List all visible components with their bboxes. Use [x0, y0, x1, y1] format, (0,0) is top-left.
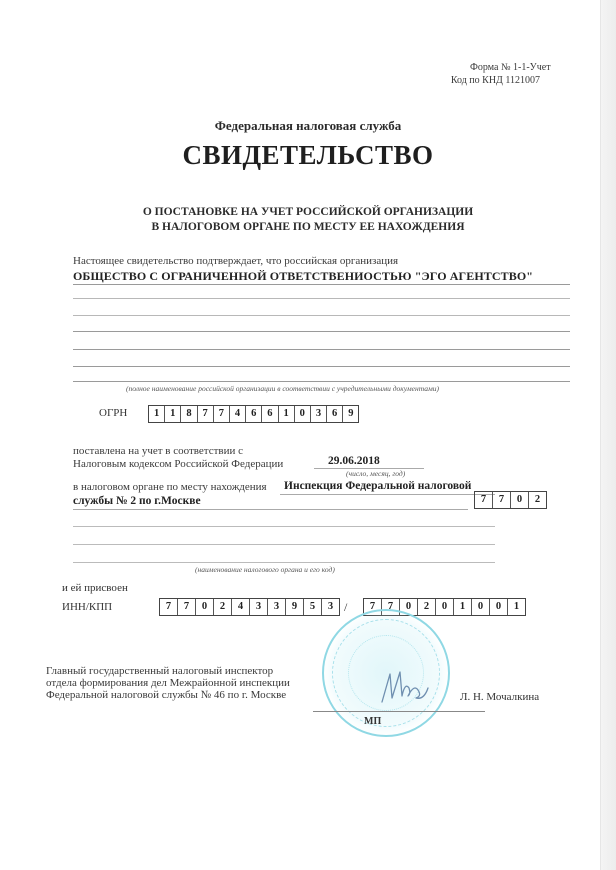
ogrn-digit: 1 — [165, 406, 181, 422]
registration-date: 29.06.2018 — [328, 455, 380, 467]
ogrn-digit: 6 — [262, 406, 278, 422]
ogrn-digit-cells: 1187746610369 — [148, 405, 359, 423]
issuer-name: Федеральная налоговая служба — [0, 118, 616, 134]
ogrn-digit: 7 — [214, 406, 230, 422]
organization-name-rule — [73, 315, 570, 316]
organization-name-rule — [73, 349, 570, 350]
organization-name-rule — [73, 298, 570, 299]
organization-name-rule — [73, 366, 570, 367]
tax-authority-rule — [73, 562, 495, 563]
organization-name-rule — [73, 381, 570, 382]
ogrn-digit: 1 — [149, 406, 165, 422]
ogrn-digit: 8 — [181, 406, 197, 422]
organization-name-caption: (полное наименование российской организа… — [126, 384, 439, 393]
tax-authority-intro: в налоговом органе по месту нахождения — [73, 481, 267, 493]
inn-kpp-label: ИНН/КПП — [62, 601, 112, 613]
tax-authority-code-digit: 2 — [529, 492, 546, 508]
ogrn-digit: 6 — [327, 406, 343, 422]
knd-code: Код по КНД 1121007 — [440, 75, 540, 86]
kpp-digit: 1 — [454, 599, 472, 615]
ogrn-label: ОГРН — [99, 407, 127, 419]
kpp-digit: 0 — [436, 599, 454, 615]
tax-authority-rule — [73, 526, 495, 527]
tax-authority-caption: (наименование налогового органа и его ко… — [195, 565, 335, 574]
inn-digit: 5 — [304, 599, 322, 615]
tax-authority-rule — [73, 544, 495, 545]
tax-authority-code-digit: 7 — [493, 492, 511, 508]
organization-name-rule — [73, 331, 570, 332]
organization-name-rule — [73, 284, 570, 285]
document-subtitle-line-1: О ПОСТАНОВКЕ НА УЧЕТ РОССИЙСКОЙ ОРГАНИЗА… — [0, 206, 616, 218]
ogrn-digit: 4 — [230, 406, 246, 422]
signatory-position-line-3: Федеральной налоговой службы № 46 по г. … — [46, 689, 286, 701]
tax-authority-code-digit: 7 — [475, 492, 493, 508]
kpp-digit: 0 — [490, 599, 508, 615]
kpp-digit: 0 — [472, 599, 490, 615]
tax-authority-code-cells: 7702 — [474, 491, 547, 509]
signatory-position-line-2: отдела формирования дел Межрайонной инсп… — [46, 677, 290, 689]
inn-digit: 3 — [268, 599, 286, 615]
inn-digit: 7 — [160, 599, 178, 615]
kpp-digit: 2 — [418, 599, 436, 615]
assignment-intro: и ей присвоен — [62, 582, 128, 594]
signatory-name: Л. Н. Мочалкина — [460, 691, 539, 703]
inn-digit: 3 — [322, 599, 339, 615]
registration-text-line-1: поставлена на учет в соответствии с — [73, 445, 243, 457]
ogrn-digit: 6 — [246, 406, 262, 422]
organization-intro: Настоящее свидетельство подтверждает, чт… — [73, 255, 398, 267]
ogrn-digit: 1 — [279, 406, 295, 422]
registration-text-line-2: Налоговым кодексом Российской Федерации — [73, 458, 283, 470]
kpp-digit: 1 — [508, 599, 525, 615]
ogrn-digit: 9 — [343, 406, 358, 422]
document-title: СВИДЕТЕЛЬСТВО — [0, 140, 616, 171]
ogrn-digit: 3 — [311, 406, 327, 422]
date-caption: (число, месяц, год) — [346, 469, 405, 478]
inn-digit: 9 — [286, 599, 304, 615]
inn-digit: 3 — [250, 599, 268, 615]
tax-authority-name-line-1: Инспекция Федеральной налоговой — [284, 480, 471, 492]
seal-place-label: МП — [364, 716, 381, 727]
signature-line — [313, 711, 485, 712]
tax-authority-name-line-2: службы № 2 по г.Москве — [73, 495, 201, 507]
inn-digit: 2 — [214, 599, 232, 615]
tax-authority-code-digit: 0 — [511, 492, 529, 508]
inn-digit: 0 — [196, 599, 214, 615]
handwritten-signature — [378, 668, 432, 704]
form-number: Форма № 1-1-Учет — [470, 62, 540, 73]
inn-digit: 4 — [232, 599, 250, 615]
signatory-position-line-1: Главный государственный налоговый инспек… — [46, 665, 273, 677]
document-subtitle-line-2: В НАЛОГОВОМ ОРГАНЕ ПО МЕСТУ ЕЕ НАХОЖДЕНИ… — [0, 221, 616, 233]
ogrn-digit: 7 — [198, 406, 214, 422]
inn-digit-cells: 7702433953 — [159, 598, 340, 616]
organization-name: ОБЩЕСТВО С ОГРАНИЧЕННОЙ ОТВЕТСТВЕНИОСТЬЮ… — [73, 269, 533, 284]
tax-authority-rule — [280, 494, 495, 495]
inn-kpp-separator: / — [344, 600, 347, 615]
tax-authority-rule — [73, 509, 468, 510]
ogrn-digit: 0 — [295, 406, 311, 422]
inn-digit: 7 — [178, 599, 196, 615]
